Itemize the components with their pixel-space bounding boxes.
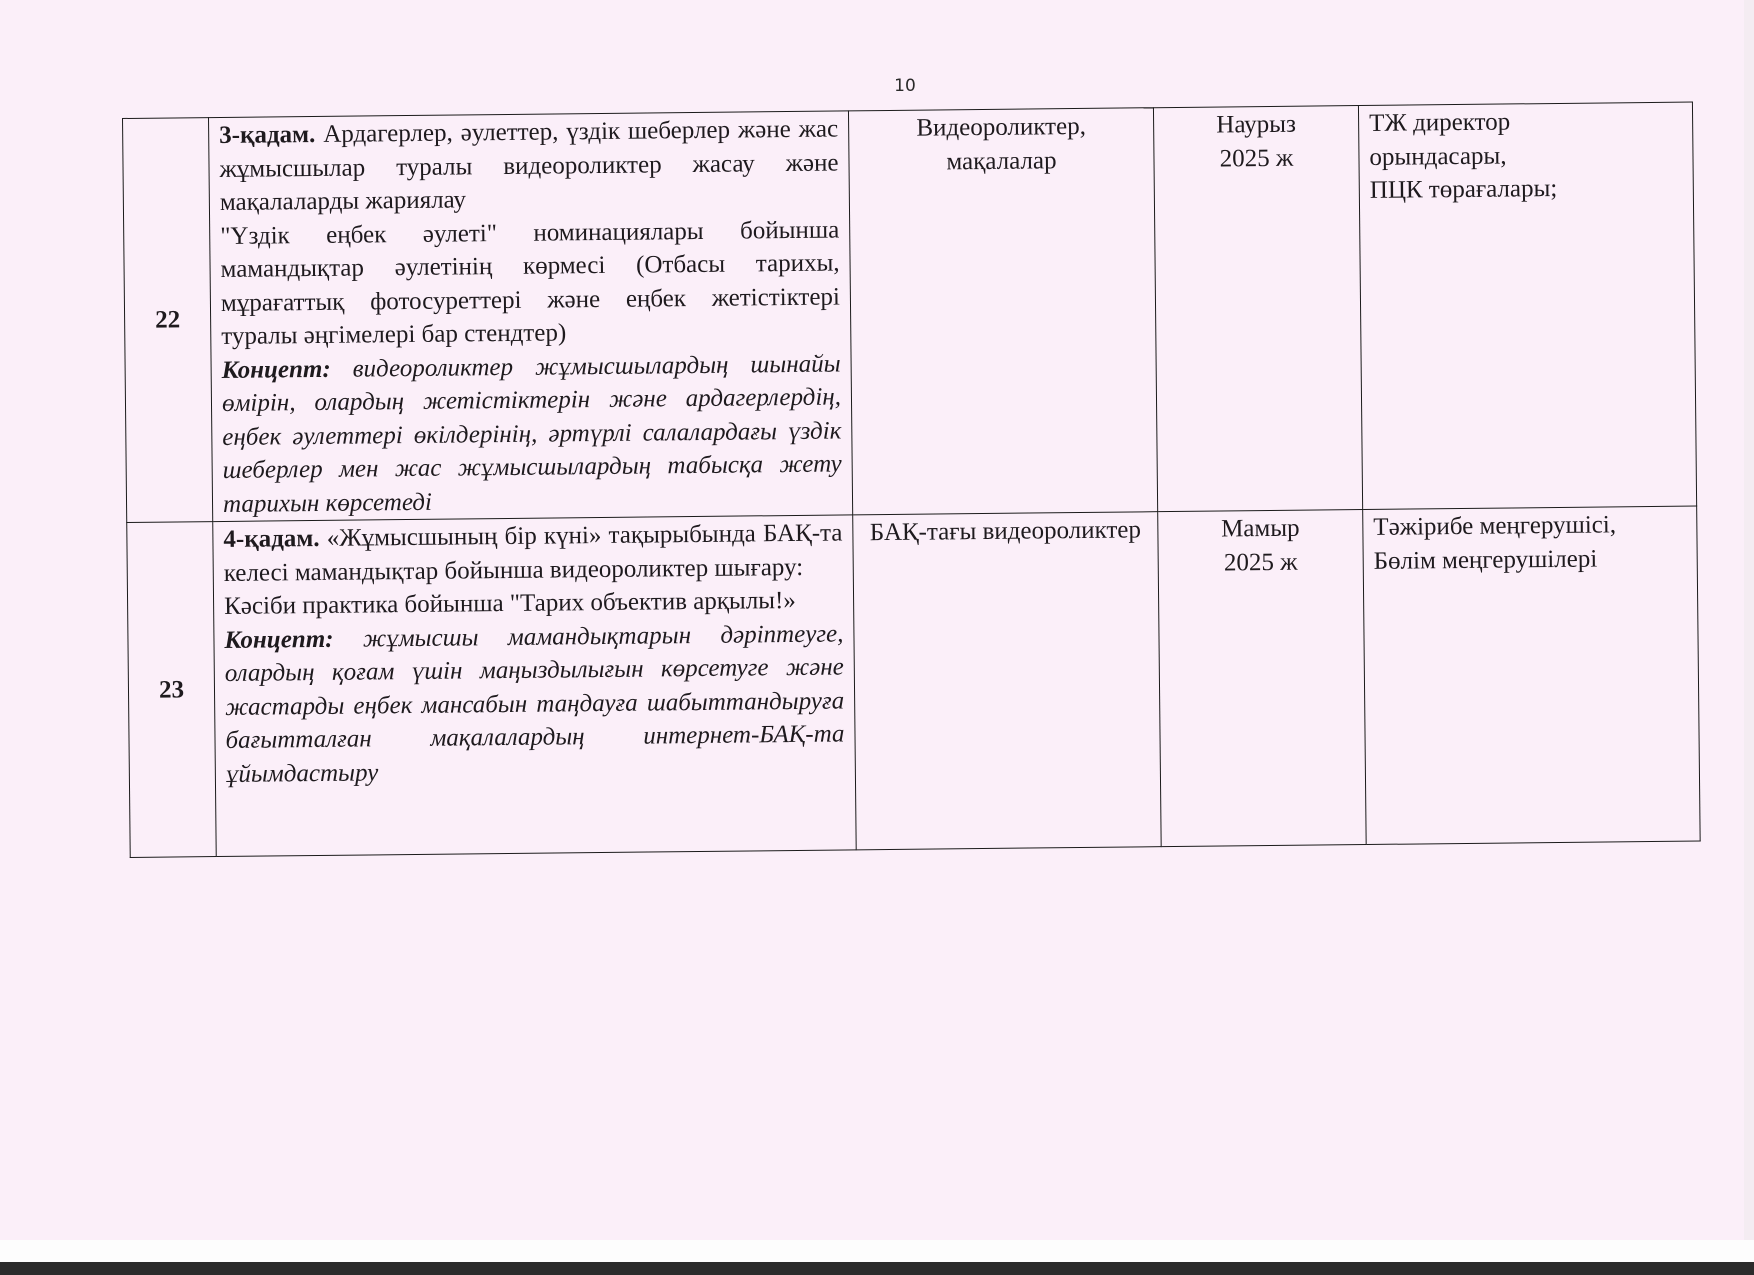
date-cell: Мамыр 2025 ж bbox=[1158, 510, 1366, 847]
form-cell: Видеороликтер, мақалалар bbox=[848, 108, 1157, 515]
page-number: 10 bbox=[885, 76, 925, 96]
plan-table-container: 22 3-қадам. Ардагерлер, әулеттер, үздік … bbox=[122, 102, 1700, 858]
table-row: 22 3-қадам. Ардагерлер, әулеттер, үздік … bbox=[123, 102, 1697, 522]
responsible-line: ПЦК төрағалары; bbox=[1370, 171, 1683, 208]
responsible-line: орындасары, bbox=[1369, 137, 1682, 174]
activity-cell: 3-қадам. Ардагерлер, әулеттер, үздік шеб… bbox=[209, 111, 853, 522]
scan-bottom-margin bbox=[0, 1240, 1754, 1262]
step-label: 4-қадам. bbox=[223, 525, 319, 553]
concept-label: Концепт: bbox=[222, 355, 331, 383]
concept-label: Концепт: bbox=[224, 625, 333, 653]
date-year: 2025 ж bbox=[1164, 141, 1348, 176]
date-cell: Наурыз 2025 ж bbox=[1153, 106, 1362, 512]
plan-table: 22 3-қадам. Ардагерлер, әулеттер, үздік … bbox=[122, 102, 1701, 858]
scan-edge bbox=[1744, 0, 1754, 1240]
detail-text: "Үздік еңбек әулеті" номинациялары бойын… bbox=[220, 213, 840, 353]
date-month: Мамыр bbox=[1168, 511, 1352, 546]
date-month: Наурыз bbox=[1164, 107, 1348, 142]
date-year: 2025 ж bbox=[1169, 545, 1353, 580]
detail-text: Кәсіби практика бойынша "Тарих объектив … bbox=[224, 583, 843, 623]
activity-cell: 4-қадам. «Жұмысшының бір күні» тақырыбын… bbox=[213, 515, 856, 857]
scan-bottom-border bbox=[0, 1262, 1754, 1275]
row-number: 22 bbox=[123, 118, 213, 523]
responsible-cell: ТЖ директор орындасары, ПЦК төрағалары; bbox=[1358, 102, 1696, 509]
responsible-cell: Тәжірибе меңгерушісі, Бөлім меңгерушілер… bbox=[1363, 506, 1700, 844]
table-row: 23 4-қадам. «Жұмысшының бір күні» тақыры… bbox=[127, 506, 1700, 857]
step-label: 3-қадам. bbox=[219, 121, 315, 149]
row-number: 23 bbox=[127, 522, 217, 858]
responsible-line: ТЖ директор bbox=[1369, 104, 1682, 141]
form-cell: БАҚ-тағы видеороликтер bbox=[853, 512, 1161, 850]
responsible-line: Тәжірибе меңгерушісі, bbox=[1373, 508, 1686, 545]
responsible-line: Бөлім меңгерушілері bbox=[1374, 541, 1687, 578]
